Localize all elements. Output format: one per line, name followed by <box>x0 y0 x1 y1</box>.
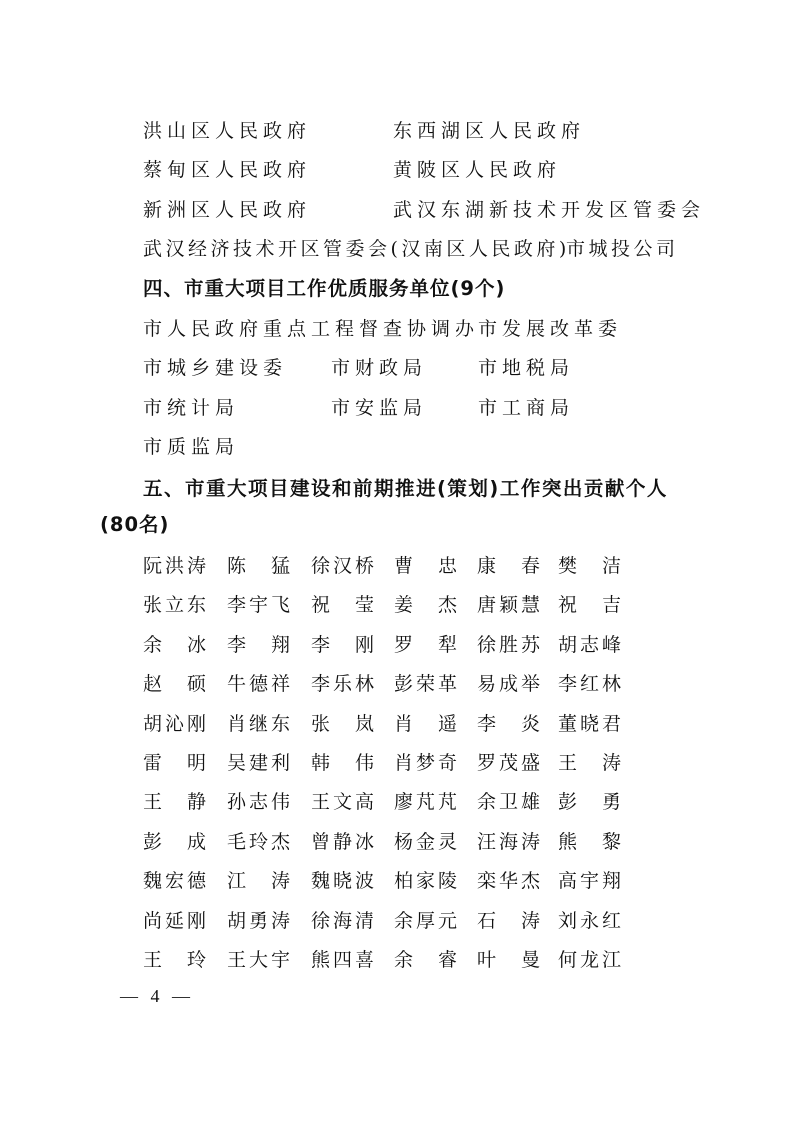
person-name: 王涛 <box>558 750 621 776</box>
person-name: 李炎 <box>477 711 540 737</box>
names-row: 阮洪涛陈猛徐汉桥曹忠康春樊洁 <box>143 553 663 579</box>
person-name: 唐颖慧 <box>477 592 540 618</box>
person-name: 熊黎 <box>558 829 621 855</box>
person-name: 樊洁 <box>558 553 621 579</box>
person-name: 廖芃芃 <box>394 789 457 815</box>
person-name: 徐海清 <box>311 908 374 934</box>
person-name: 罗茂盛 <box>477 750 540 776</box>
unit-name: 蔡甸区人民政府 <box>143 159 311 181</box>
unit-name: 东西湖区人民政府 <box>393 118 585 144</box>
person-name: 王大宇 <box>227 947 290 973</box>
person-name: 张立东 <box>143 592 206 618</box>
person-name: 江涛 <box>227 868 290 894</box>
unit-name: 新洲区人民政府 <box>143 199 311 221</box>
person-name: 王静 <box>143 789 206 815</box>
person-name: 赵硕 <box>143 671 206 697</box>
person-name: 何龙江 <box>558 947 621 973</box>
person-name: 李红林 <box>558 671 621 697</box>
person-name: 高宇翔 <box>558 868 621 894</box>
person-name: 雷明 <box>143 750 206 776</box>
names-row: 王玲王大宇熊四喜余睿叶曼何龙江 <box>143 947 663 973</box>
person-name: 汪海涛 <box>477 829 540 855</box>
person-name: 胡志峰 <box>558 632 621 658</box>
person-name: 曹忠 <box>394 553 457 579</box>
document-page: 洪山区人民政府 东西湖区人民政府 蔡甸区人民政府 黄陂区人民政府 新洲区人民政府… <box>0 0 793 1122</box>
person-name: 李乐林 <box>311 671 374 697</box>
section-heading: 五、市重大项目建设和前期推进(策划)工作突出贡献个人 <box>143 476 668 502</box>
person-name: 魏宏德 <box>143 868 206 894</box>
person-name: 余冰 <box>143 632 206 658</box>
person-name: 祝莹 <box>311 592 374 618</box>
unit-name: 武汉东湖新技术开发区管委会 <box>393 197 705 223</box>
person-name: 康春 <box>477 553 540 579</box>
unit-name: 洪山区人民政府 <box>143 120 311 142</box>
person-name: 石涛 <box>477 908 540 934</box>
person-name: 韩伟 <box>311 750 374 776</box>
person-name: 栾华杰 <box>477 868 540 894</box>
page-number: — 4 — <box>120 986 194 1007</box>
unit-name: 市地税局 <box>478 355 574 381</box>
person-name: 胡勇涛 <box>227 908 290 934</box>
person-name: 王文高 <box>311 789 374 815</box>
person-name: 彭荣革 <box>394 671 457 697</box>
person-name: 尚延刚 <box>143 908 206 934</box>
person-name: 余厚元 <box>394 908 457 934</box>
person-name: 徐胜苏 <box>477 632 540 658</box>
unit-name: 市统计局 <box>143 395 239 421</box>
person-name: 余卫雄 <box>477 789 540 815</box>
unit-name: 市人民政府重点工程督查协调办 <box>143 316 479 342</box>
unit-name: 市安监局 <box>331 395 427 421</box>
person-name: 彭成 <box>143 829 206 855</box>
person-name: 李宇飞 <box>227 592 290 618</box>
unit-name: 武汉经济技术开区管委会(汉南区人民政府) <box>143 238 570 260</box>
person-name: 姜杰 <box>394 592 457 618</box>
unit-name: 市发展改革委 <box>478 316 622 342</box>
person-name: 罗犁 <box>394 632 457 658</box>
unit-name: 市城乡建设委 <box>143 355 287 381</box>
person-name: 肖继东 <box>227 711 290 737</box>
person-name: 张岚 <box>311 711 374 737</box>
person-name: 牛德祥 <box>227 671 290 697</box>
unit-row: 武汉经济技术开区管委会(汉南区人民政府) 市城投公司 <box>143 236 570 262</box>
unit-name: 市城投公司 <box>566 236 679 262</box>
names-row: 魏宏德江涛魏晓波柏家陵栾华杰高宇翔 <box>143 868 663 894</box>
person-name: 杨金灵 <box>394 829 457 855</box>
unit-name: 市财政局 <box>331 355 427 381</box>
names-row: 王静孙志伟王文高廖芃芃余卫雄彭勇 <box>143 789 663 815</box>
person-name: 阮洪涛 <box>143 553 206 579</box>
unit-row: 蔡甸区人民政府 黄陂区人民政府 <box>143 157 311 183</box>
person-name: 彭勇 <box>558 789 621 815</box>
names-row: 尚延刚胡勇涛徐海清余厚元石涛刘永红 <box>143 908 663 934</box>
names-row: 余冰李翔李刚罗犁徐胜苏胡志峰 <box>143 632 663 658</box>
person-name: 李翔 <box>227 632 290 658</box>
unit-name: 市质监局 <box>143 434 239 460</box>
names-row: 赵硕牛德祥李乐林彭荣革易成举李红林 <box>143 671 663 697</box>
person-name: 易成举 <box>477 671 540 697</box>
section-heading-continued: (80名) <box>100 512 169 538</box>
person-name: 刘永红 <box>558 908 621 934</box>
person-name: 叶曼 <box>477 947 540 973</box>
section-heading: 四、市重大项目工作优质服务单位(9个) <box>143 276 505 302</box>
person-name: 肖遥 <box>394 711 457 737</box>
person-name: 董晓君 <box>558 711 621 737</box>
person-name: 胡沁刚 <box>143 711 206 737</box>
person-name: 毛玲杰 <box>227 829 290 855</box>
person-name: 柏家陵 <box>394 868 457 894</box>
unit-name: 市工商局 <box>478 395 574 421</box>
person-name: 祝吉 <box>558 592 621 618</box>
person-name: 徐汉桥 <box>311 553 374 579</box>
person-name: 陈猛 <box>227 553 290 579</box>
names-row: 彭成毛玲杰曾静冰杨金灵汪海涛熊黎 <box>143 829 663 855</box>
person-name: 王玲 <box>143 947 206 973</box>
unit-name: 黄陂区人民政府 <box>393 157 561 183</box>
person-name: 余睿 <box>394 947 457 973</box>
person-name: 吴建利 <box>227 750 290 776</box>
unit-row: 洪山区人民政府 东西湖区人民政府 <box>143 118 311 144</box>
person-name: 李刚 <box>311 632 374 658</box>
names-row: 张立东李宇飞祝莹姜杰唐颖慧祝吉 <box>143 592 663 618</box>
person-name: 魏晓波 <box>311 868 374 894</box>
unit-row: 新洲区人民政府 武汉东湖新技术开发区管委会 <box>143 197 311 223</box>
person-name: 熊四喜 <box>311 947 374 973</box>
person-name: 肖梦奇 <box>394 750 457 776</box>
names-row: 胡沁刚肖继东张岚肖遥李炎董晓君 <box>143 711 663 737</box>
person-name: 曾静冰 <box>311 829 374 855</box>
names-row: 雷明吴建利韩伟肖梦奇罗茂盛王涛 <box>143 750 663 776</box>
person-name: 孙志伟 <box>227 789 290 815</box>
